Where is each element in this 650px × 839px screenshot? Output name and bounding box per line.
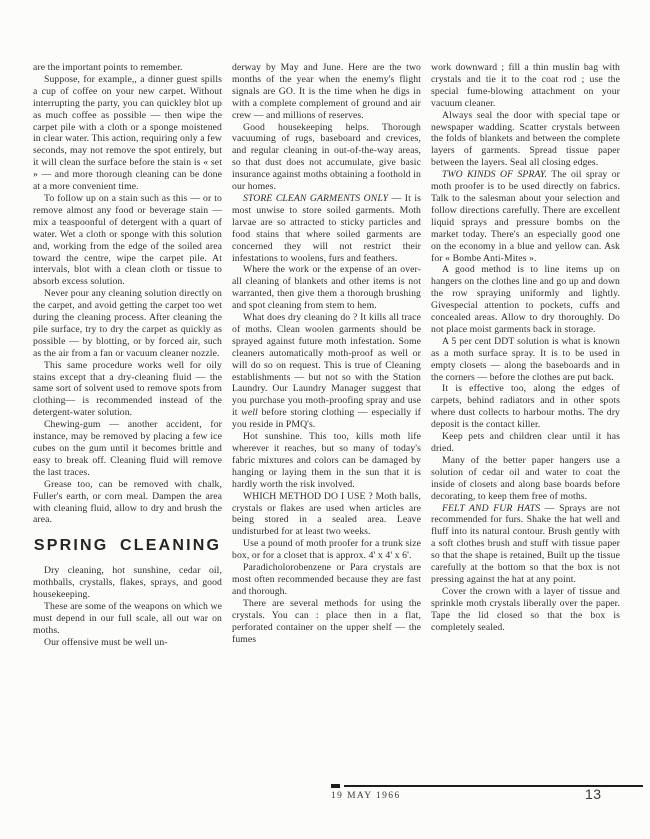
paragraph-lead-italic: STORE CLEAN GARMENTS ONLY	[243, 193, 388, 204]
paragraph: Cover the crown with a layer of tissue a…	[431, 586, 620, 634]
paragraph: WHICH METHOD DO I USE ? Moth balls, crys…	[232, 491, 421, 539]
paragraph: Use a pound of moth proofer for a trunk …	[232, 538, 421, 562]
column-3: work downward ; fill a thin muslin bag w…	[431, 62, 620, 649]
paragraph-text: Grease too, can be removed with chalk, F…	[33, 479, 222, 526]
paragraph-text: There are several methods for using the …	[232, 598, 421, 645]
paragraph-text: Cover the crown with a layer of tissue a…	[431, 586, 620, 633]
paragraph-text: Our offensive must be well un-	[44, 637, 168, 648]
paragraph-text: Good housekeeping helps. Thorough vacuum…	[232, 122, 421, 193]
paragraph-text: This same procedure works well for oily …	[33, 360, 222, 419]
paragraph: Many of the better paper hangers use a s…	[431, 455, 620, 503]
paragraph-text: Use a pound of moth proofer for a trunk …	[232, 538, 421, 561]
paragraph: To follow up on a stain such as this — o…	[33, 193, 222, 288]
paragraph-text: To follow up on a stain such as this — o…	[33, 193, 222, 287]
paragraph-text: Never pour any cleaning solution directl…	[33, 288, 222, 359]
footer-date: 19 MAY 1966	[331, 791, 401, 801]
paragraph: Paradicholorobenzene or Para crystals ar…	[232, 562, 421, 598]
paragraph: work downward ; fill a thin muslin bag w…	[431, 62, 620, 110]
paragraph-text: are the important points to remember.	[33, 62, 183, 73]
paragraph-lead-italic: TWO KINDS OF SPRAY.	[442, 169, 547, 180]
paragraph-text: A 5 per cent DDT solution is what is kno…	[431, 336, 620, 383]
paragraph-text: Chewing-gum — another accident, for inst…	[33, 419, 222, 478]
paragraph: TWO KINDS OF SPRAY. The oil spray or mot…	[431, 169, 620, 264]
paragraph: What does dry cleaning do ? It kills all…	[232, 312, 421, 431]
paragraph: Grease too, can be removed with chalk, F…	[33, 479, 222, 527]
paragraph: These are some of the weapons on which w…	[33, 601, 222, 637]
paragraph: Always seal the door with special tape o…	[431, 110, 620, 170]
paragraph: It is effective too, along the edges of …	[431, 383, 620, 431]
footer-rule-tick	[331, 784, 340, 788]
paragraph-text: before storing clothing — especially if …	[232, 407, 421, 430]
paragraph: There are several methods for using the …	[232, 598, 421, 646]
paragraph: Dry cleaning, hot sunshine, cedar oil, m…	[33, 565, 222, 601]
column-2: derway by May and June. Here are the two…	[232, 62, 421, 649]
paragraph-text: Keep pets and children clear until it ha…	[431, 431, 620, 454]
section-heading: SPRING CLEANING	[33, 540, 222, 552]
paragraph: Never pour any cleaning solution directl…	[33, 288, 222, 359]
paragraph-text: work downward ; fill a thin muslin bag w…	[431, 62, 620, 109]
paragraph-text: Hot sunshine. This too, kills moth life …	[232, 431, 421, 490]
paragraph: Our offensive must be well un-	[33, 637, 222, 649]
paragraph-text: — Sprays are not recommended for furs. S…	[431, 503, 620, 585]
paragraph: Keep pets and children clear until it ha…	[431, 431, 620, 455]
paragraph: are the important points to remember.	[33, 62, 222, 74]
paragraph-text: Where the work or the expense of an over…	[232, 264, 421, 311]
paragraph: derway by May and June. Here are the two…	[232, 62, 421, 122]
paragraph-text: Dry cleaning, hot sunshine, cedar oil, m…	[33, 565, 222, 600]
text-columns: are the important points to remember.Sup…	[33, 62, 621, 649]
paragraph-text: WHICH METHOD DO I USE ? Moth balls, crys…	[232, 491, 421, 538]
scanned-page: are the important points to remember.Sup…	[0, 0, 650, 839]
paragraph-text: These are some of the weapons on which w…	[33, 601, 222, 636]
paragraph: Where the work or the expense of an over…	[232, 264, 421, 312]
paragraph-text: Always seal the door with special tape o…	[431, 110, 620, 169]
paragraph-lead-italic: FELT AND FUR HATS	[442, 503, 540, 514]
column-1: are the important points to remember.Sup…	[33, 62, 222, 649]
paragraph-lead-italic: well	[241, 407, 258, 418]
paragraph-text: The oil spray or moth proofer is to be u…	[431, 169, 620, 263]
paragraph: A good method is to line items up on han…	[431, 264, 620, 335]
paragraph: Chewing-gum — another accident, for inst…	[33, 419, 222, 479]
paragraph: FELT AND FUR HATS — Sprays are not recom…	[431, 503, 620, 586]
paragraph: STORE CLEAN GARMENTS ONLY — It is most u…	[232, 193, 421, 264]
paragraph: Good housekeeping helps. Thorough vacuum…	[232, 122, 421, 193]
paragraph-text: What does dry cleaning do ? It kills all…	[232, 312, 421, 418]
paragraph-text: Many of the better paper hangers use a s…	[431, 455, 620, 502]
paragraph: Suppose, for example,, a dinner guest sp…	[33, 74, 222, 193]
paragraph: A 5 per cent DDT solution is what is kno…	[431, 336, 620, 384]
paragraph-text: A good method is to line items up on han…	[431, 264, 620, 335]
paragraph: This same procedure works well for oily …	[33, 360, 222, 420]
page-number: 13	[585, 786, 602, 802]
paragraph-text: It is effective too, along the edges of …	[431, 383, 620, 430]
paragraph-text: Suppose, for example,, a dinner guest sp…	[33, 74, 222, 192]
paragraph: Hot sunshine. This too, kills moth life …	[232, 431, 421, 491]
paragraph-text: derway by May and June. Here are the two…	[232, 62, 421, 121]
paragraph-text: Paradicholorobenzene or Para crystals ar…	[232, 562, 421, 597]
